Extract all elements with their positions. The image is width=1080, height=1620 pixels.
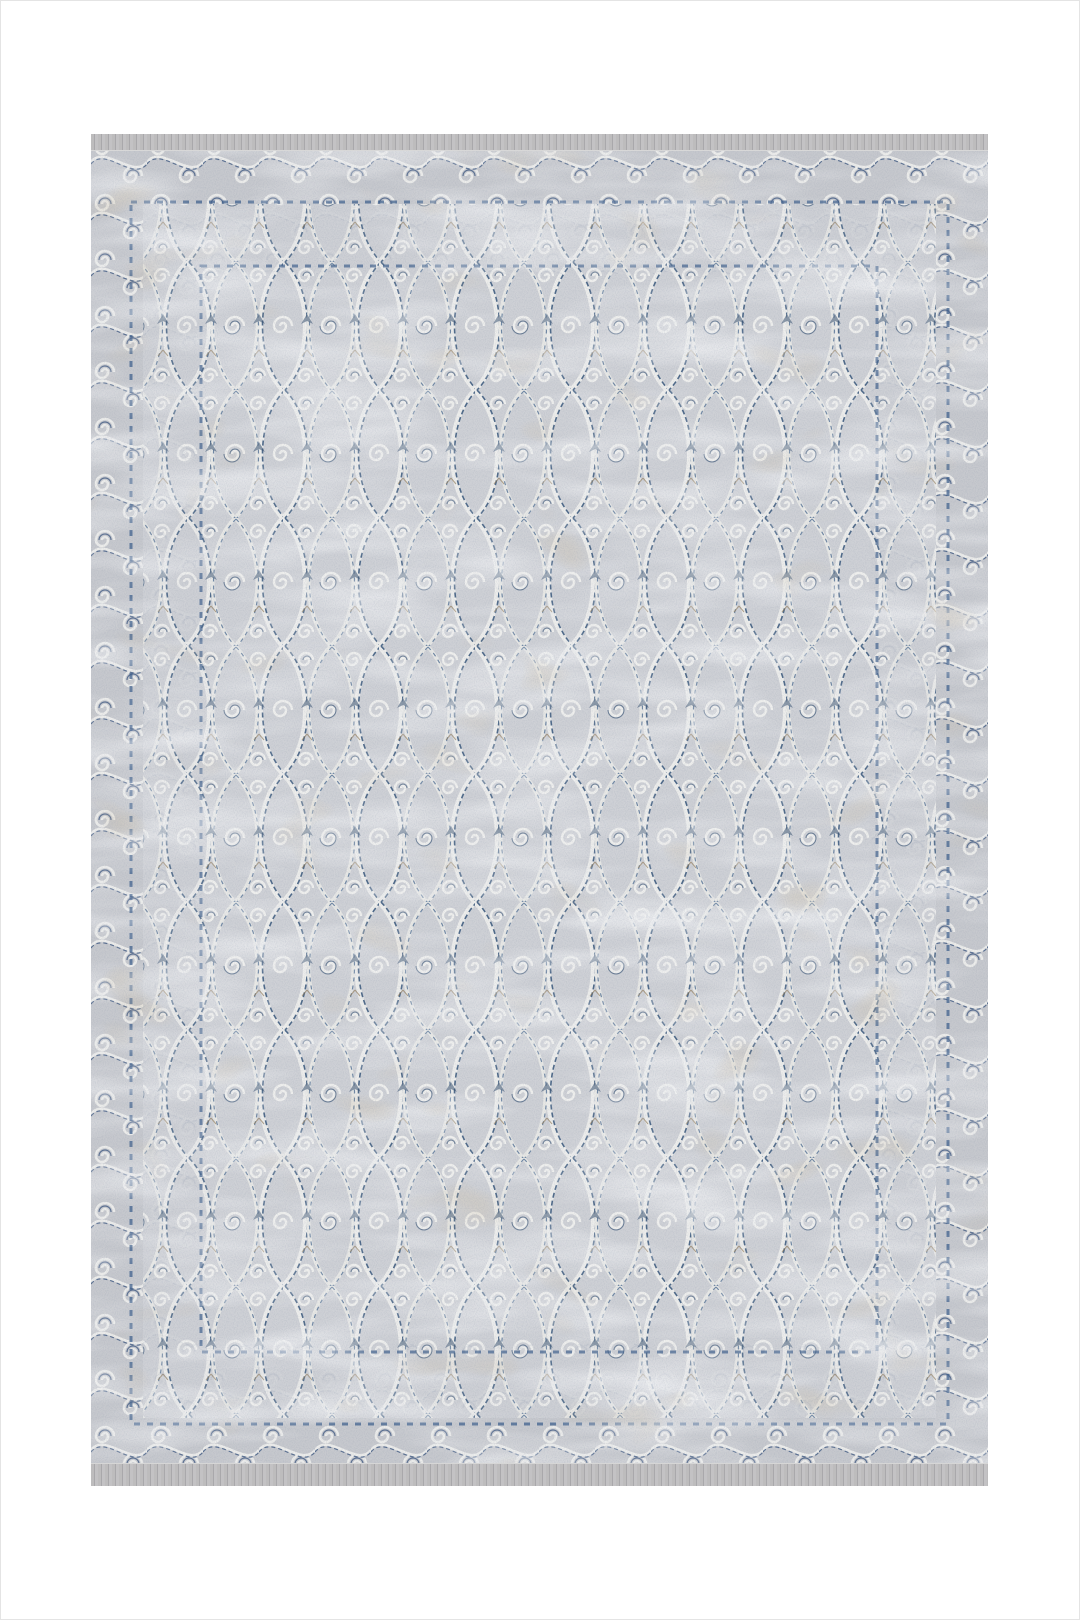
fringe-bottom — [91, 1463, 988, 1486]
fringe-top — [91, 134, 988, 151]
rug-pattern — [91, 134, 988, 1486]
rug — [91, 134, 988, 1486]
